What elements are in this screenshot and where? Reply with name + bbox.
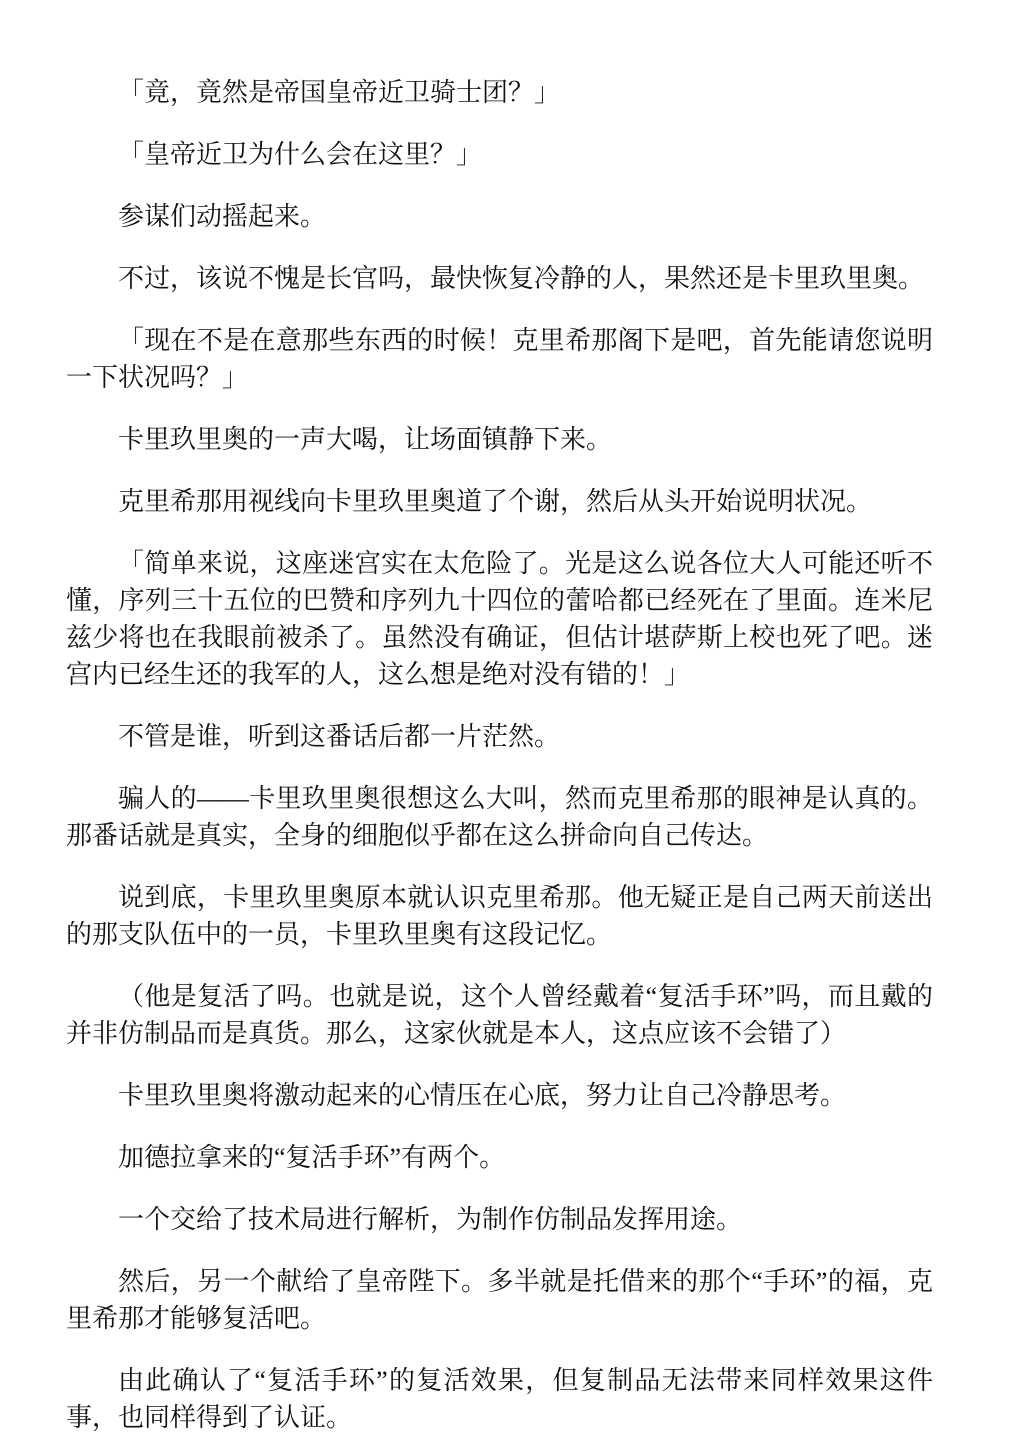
paragraph: 卡里玖里奥将激动起来的心情压在心底，努力让自己冷静思考。 — [66, 1077, 933, 1114]
paragraph: 「皇帝近卫为什么会在这里？」 — [66, 136, 933, 173]
paragraph: 不过，该说不愧是长官吗，最快恢复冷静的人，果然还是卡里玖里奥。 — [66, 260, 933, 297]
paragraph: 说到底，卡里玖里奥原本就认识克里希那。他无疑正是自己两天前送出的那支队伍中的一员… — [66, 879, 933, 953]
paragraph: 参谋们动摇起来。 — [66, 198, 933, 235]
paragraph: 由此确认了“复活手环”的复活效果，但复制品无法带来同样效果这件事，也同样得到了认… — [66, 1362, 933, 1436]
novel-page: 「竟，竟然是帝国皇帝近卫骑士团？」 「皇帝近卫为什么会在这里？」 参谋们动摇起来… — [0, 0, 1017, 1437]
paragraph: 一个交给了技术局进行解析，为制作仿制品发挥用途。 — [66, 1201, 933, 1238]
paragraph: 加德拉拿来的“复活手环”有两个。 — [66, 1139, 933, 1176]
paragraph: 「简单来说，这座迷宫实在太危险了。光是这么说各位大人可能还听不懂，序列三十五位的… — [66, 545, 933, 693]
paragraph: 骗人的——卡里玖里奥很想这么大叫，然而克里希那的眼神是认真的。那番话就是真实，全… — [66, 780, 933, 854]
paragraph: （他是复活了吗。也就是说，这个人曾经戴着“复活手环”吗，而且戴的并非仿制品而是真… — [66, 978, 933, 1052]
paragraph: 卡里玖里奥的一声大喝，让场面镇静下来。 — [66, 421, 933, 458]
paragraph: 「竟，竟然是帝国皇帝近卫骑士团？」 — [66, 74, 933, 111]
paragraph: 不管是谁，听到这番话后都一片茫然。 — [66, 718, 933, 755]
paragraph: 克里希那用视线向卡里玖里奥道了个谢，然后从头开始说明状况。 — [66, 483, 933, 520]
paragraph: 然后，另一个献给了皇帝陛下。多半就是托借来的那个“手环”的福，克里希那才能够复活… — [66, 1263, 933, 1337]
paragraph: 「现在不是在意那些东西的时候！克里希那阁下是吧，首先能请您说明一下状况吗？」 — [66, 322, 933, 396]
